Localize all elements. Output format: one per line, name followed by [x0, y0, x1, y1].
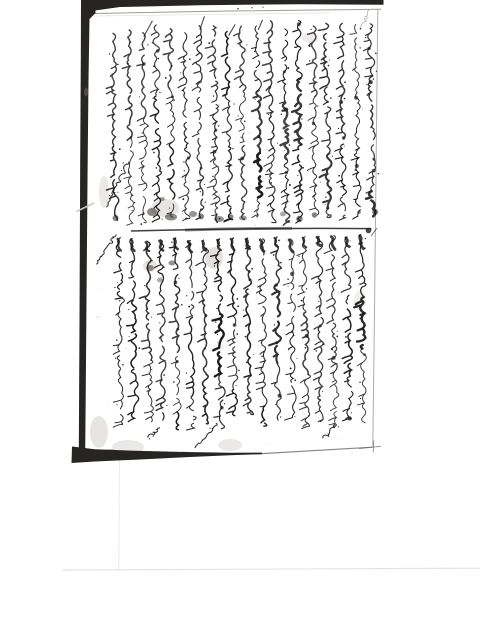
noise-speck [108, 404, 109, 405]
noise-speck [119, 170, 120, 171]
smudge [147, 208, 157, 216]
noise-speck [278, 59, 279, 60]
noise-speck [345, 65, 346, 66]
manuscript-scan-image [0, 0, 480, 640]
center-fold-shadow [185, 228, 292, 230]
smudge [159, 197, 165, 201]
smudge [157, 278, 163, 283]
noise-speck [192, 266, 193, 267]
smudge [146, 265, 154, 271]
noise-speck [339, 439, 340, 440]
noise-speck [376, 55, 377, 56]
speck [251, 7, 252, 8]
noise-speck [362, 309, 363, 310]
smudge [239, 216, 247, 221]
smudge [169, 261, 176, 266]
noise-speck [267, 443, 268, 444]
noise-speck [321, 386, 322, 387]
noise-speck [98, 289, 99, 290]
smudge [165, 214, 177, 221]
noise-speck [284, 136, 285, 137]
noise-speck [287, 337, 288, 338]
noise-speck [125, 348, 126, 349]
smudge [214, 216, 224, 222]
noise-speck [245, 37, 246, 38]
noise-speck [148, 109, 149, 110]
noise-speck [314, 217, 315, 218]
speck [237, 8, 239, 10]
noise-speck [130, 97, 131, 98]
scan-background [0, 0, 480, 640]
noise-speck [172, 249, 173, 250]
fold-shadow-line [119, 455, 120, 569]
noise-speck [362, 108, 364, 110]
noise-speck [121, 179, 122, 180]
noise-speck [217, 342, 218, 343]
fold-ink-blot [366, 228, 372, 234]
noise-speck [256, 31, 257, 32]
scan-canvas [0, 0, 480, 640]
noise-speck [358, 308, 359, 309]
noise-speck [130, 382, 131, 383]
stain [99, 176, 109, 208]
noise-speck [288, 147, 289, 148]
noise-speck [290, 241, 291, 242]
noise-speck [191, 87, 192, 88]
smudge [189, 211, 197, 217]
speck [262, 7, 263, 8]
corner-mark-stroke [373, 441, 374, 453]
noise-speck [249, 132, 251, 134]
stain [218, 439, 242, 451]
stain [90, 416, 108, 448]
noise-speck [366, 114, 367, 115]
noise-speck [212, 365, 213, 366]
noise-speck [230, 390, 231, 391]
noise-speck [97, 316, 98, 317]
noise-speck [282, 193, 283, 194]
band-notch [84, 88, 88, 97]
smudge [280, 212, 286, 217]
noise-speck [338, 98, 339, 99]
noise-speck [254, 225, 256, 227]
